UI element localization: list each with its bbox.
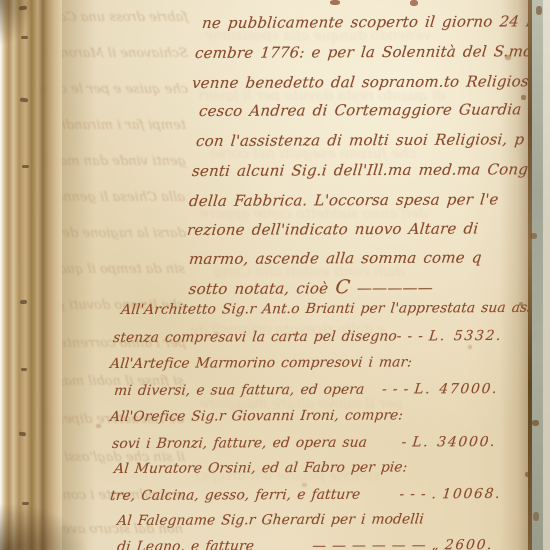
- sewing-mark: [22, 502, 29, 505]
- sewing-mark: [21, 368, 27, 371]
- sewing-mark: [20, 300, 27, 305]
- sewing-mark: [22, 165, 29, 168]
- amount-value: L. 47000.: [414, 381, 500, 397]
- fore-edge-strip-light: [543, 0, 550, 550]
- manuscript-photo: venendo dunque alla sposizione di quanto…: [0, 0, 550, 550]
- handwritten-line: venne benedetto dal sopranom.to Religios…: [191, 72, 529, 92]
- sewing-mark: [21, 36, 28, 39]
- sewing-mark: [19, 432, 26, 437]
- foxing-spot: [533, 512, 539, 521]
- manuscript-page: venendo dunque alla sposizione di quanto…: [0, 0, 529, 550]
- entry-label: sovi i Bronzi, fatture, ed opera sua: [111, 435, 367, 452]
- ink-fragment: [330, 0, 340, 5]
- handwritten-line: della Fabbrica. L'occorsa spesa per l'e: [188, 190, 499, 210]
- handwritten-line: mi diversi, e sua fattura, ed opera - - …: [113, 381, 499, 399]
- foxing-spot: [530, 233, 537, 239]
- foxing-spot: [215, 332, 219, 335]
- handwritten-line: All'Architetto Sig.r Ant.o Brianti per l…: [120, 300, 529, 318]
- book-gutter-edge: [0, 0, 62, 550]
- entry-label: stenza compresavi la carta pel disegno: [112, 329, 397, 346]
- handwritten-line: senti alcuni Sig.i dell'Ill.ma med.ma Co…: [191, 160, 529, 180]
- handwritten-line: marmo, ascende alla somma come q: [188, 248, 482, 268]
- scribal-flourish: C: [334, 276, 351, 298]
- amount-value: 2600.: [444, 537, 494, 550]
- gutter-shadow: [62, 0, 96, 550]
- handwritten-line: cembre 1776: e per la Solennità del S.mo…: [194, 42, 529, 62]
- leader-dashes: - - -: [396, 328, 424, 344]
- handwritten-line: cesco Andrea di Cortemaggiore Guardia: [198, 100, 522, 120]
- fore-edge-strip: [532, 0, 543, 550]
- foxing-spot: [525, 472, 530, 477]
- binding-corner-shadow: [0, 0, 34, 46]
- handwritten-line: All'Artefice Marmorino compresovi i mar:: [109, 354, 412, 372]
- handwritten-line: sovi i Bronzi, fatture, ed opera sua - L…: [111, 434, 497, 452]
- leader-dashes: - - -: [381, 381, 409, 397]
- handwritten-line: sotto notata, cioè C —————: [188, 276, 434, 299]
- handwritten-text: sotto notata, cioè: [188, 279, 329, 298]
- handwritten-line: con l'assistenza di molti suoi Religiosi…: [195, 130, 525, 150]
- page-curl-shadow: [500, 0, 529, 550]
- leader-dashes: - - - .: [399, 486, 437, 502]
- leader-dashes: -: [401, 434, 407, 450]
- foxing-spot: [532, 420, 539, 426]
- handwritten-line: Al Falegname Sig.r Gherardi per i modell…: [116, 511, 424, 529]
- handwritten-line: tre, Calcina, gesso, ferri, e fatture - …: [109, 486, 502, 504]
- foxing-spot: [468, 345, 472, 349]
- sewing-mark: [20, 98, 28, 103]
- entry-amount: - - - L. 5332.: [396, 328, 503, 345]
- entry-amount: — — — — — — „ 2600.: [311, 537, 494, 550]
- entry-amount: - - - . 10068.: [399, 486, 502, 503]
- foxing-spot: [96, 424, 101, 428]
- foxing-spot: [143, 302, 147, 305]
- amount-value: 10068.: [442, 486, 503, 502]
- handwritten-line: di Legno, e fatture — — — — — — „ 2600.: [116, 537, 494, 550]
- foxing-spot: [302, 483, 307, 487]
- leader-dashes: — — — — — — „: [311, 537, 439, 550]
- entry-amount: - - - L. 47000.: [381, 381, 499, 398]
- entry-label: mi diversi, e sua fattura, ed opera: [113, 382, 365, 399]
- ink-fragment: [410, 0, 418, 6]
- handwritten-line: All'Orefice Sig.r Giovanni Ironi, compre…: [109, 407, 403, 425]
- foxing-spot: [536, 6, 542, 15]
- amount-value: L. 5332.: [428, 328, 503, 344]
- handwritten-line: stenza compresavi la carta pel disegno -…: [112, 328, 503, 346]
- handwritten-line: Al Muratore Orsini, ed al Fabro per pie:: [113, 459, 408, 477]
- binding-corner-shadow: [0, 504, 86, 550]
- handwritten-line: ne pubblicamente scoperto il giorno 24 D…: [201, 12, 529, 32]
- handwritten-line: rezione dell'indicato nuovo Altare di: [186, 219, 479, 239]
- entry-label: di Legno, e fatture: [116, 538, 254, 550]
- entry-label: tre, Calcina, gesso, ferri, e fatture: [109, 487, 361, 504]
- amount-value: L. 34000.: [412, 434, 498, 450]
- fill-dash: —————: [356, 279, 434, 297]
- entry-amount: - L. 34000.: [401, 434, 497, 450]
